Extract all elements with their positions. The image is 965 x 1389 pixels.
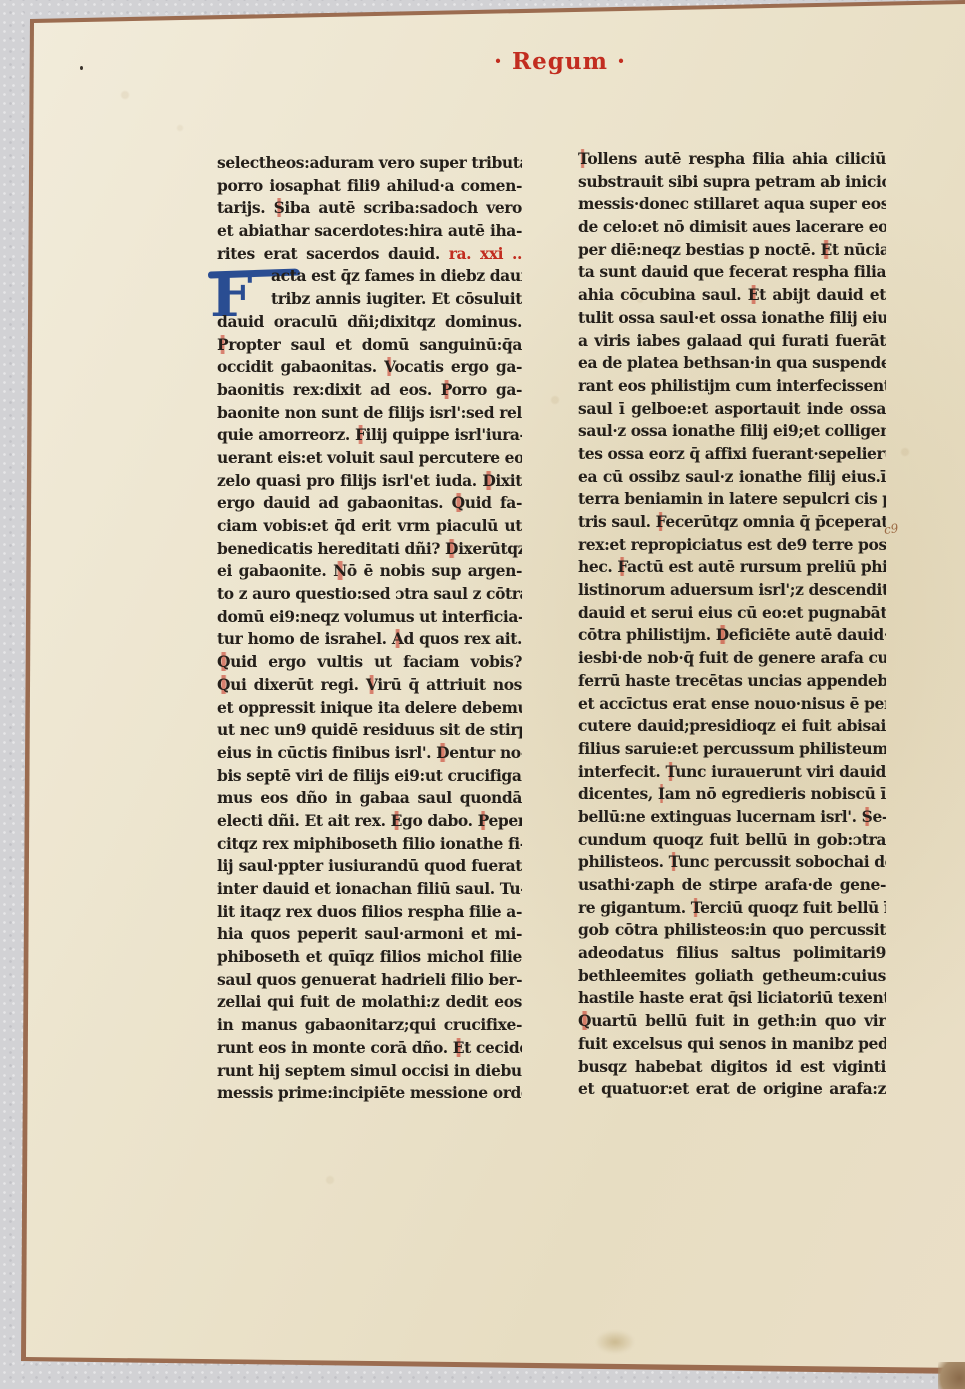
text-line: occidit gabaonitas. Vocatis ergo ga- — [217, 356, 522, 379]
text-line: fuit excelsus qui senos in manibz pedi- — [578, 1033, 886, 1056]
text-line: ea de platea bethsan·in qua suspende- — [578, 352, 886, 375]
text-line: et oppressit inique ita delere debemus: — [217, 697, 522, 720]
text-line: runt eos in monte corā dño. Et cecide- — [217, 1037, 522, 1060]
text-line: de celo:et nō dimisit aues lacerare eos — [578, 216, 886, 239]
text-line: re gigantum. Terciū quoqz fuit bellū ī — [578, 897, 886, 920]
text-line: cutere dauid;presidioqz ei fuit abisai — [578, 715, 886, 738]
text-line: iesbi·de nob·q̄ fuit de genere arafa cui… — [578, 647, 886, 670]
text-line: electi dñi. Et ait rex. Ego dabo. Peper- — [217, 810, 522, 833]
text-line: ta sunt dauid que fecerat respha filia — [578, 261, 886, 284]
text-line: lit itaqz rex duos filios respha filie a… — [217, 901, 522, 924]
corner-debris — [938, 1362, 965, 1389]
text-line: et abiathar sacerdotes:hira autē iha- — [217, 220, 522, 243]
text-line: Qui dixerūt regi. Virū q̄ attriuit nos — [217, 674, 522, 697]
text-line: ei gabaonite. Nō ē nobis sup argen- — [217, 560, 522, 583]
text-line: et quatuor:et erat de origine arafa:z — [578, 1078, 886, 1101]
text-line: listinorum aduersum isrl';z descendit — [578, 579, 886, 602]
text-line: porro iosaphat fili9 ahilud·a comen- — [217, 175, 522, 198]
ink-speck — [80, 66, 83, 70]
text-line: tris saul. Fecerūtqz omnia q̄ p̄ceperat — [578, 511, 886, 534]
text-line: a viris iabes galaad qui furati fuerāt — [578, 330, 886, 353]
text-line: acta est q̄z fames in diebz dauid — [217, 265, 522, 288]
text-line: Tollens autē respha filia ahia ciliciū — [578, 148, 886, 171]
text-line: et accīctus erat ense nouo·nisus ē per- — [578, 693, 886, 716]
text-line: to z auro questio:sed ɔtra saul z cōtra — [217, 583, 522, 606]
text-line: bethleemites goliath getheum:cuius — [578, 965, 886, 988]
marginal-annotation: c9 — [883, 521, 899, 537]
text-line: saul ī gelboe:et asportauit inde ossa — [578, 398, 886, 421]
text-line: adeodatus filius saltus polimitari9 — [578, 942, 886, 965]
text-line: gob cōtra philisteos:in quo percussit — [578, 919, 886, 942]
text-line: in manus gabaonitarz;qui crucifixe- — [217, 1014, 522, 1037]
text-line: hia quos peperit saul·armoni et mi- — [217, 923, 522, 946]
text-line: bellū:ne extinguas lucernam isrl'. Se- — [578, 806, 886, 829]
text-line: runt hij septem simul occisi in diebus — [217, 1060, 522, 1083]
text-line: ferrū haste trecētas uncias appendebat· — [578, 670, 886, 693]
text-line: ea cū ossibz saul·z ionathe filij eius.ī — [578, 466, 886, 489]
text-line: dauid et serui eius cū eo:et pugnabāt — [578, 602, 886, 625]
text-line: Propter saul et domū sanguinū:q̄a — [217, 334, 522, 357]
text-line: ahia cōcubina saul. Et abijt dauid et — [578, 284, 886, 307]
manuscript-page: · Regum · F selectheos:aduram vero super… — [0, 0, 965, 1389]
parchment-stain — [595, 1330, 635, 1354]
text-line: usathi·zaph de stirpe arafa·de gene- — [578, 874, 886, 897]
text-line: cōtra philistijm. Deficiēte autē dauid· — [578, 624, 886, 647]
text-line: Quartū bellū fuit in geth:in quo vir — [578, 1010, 886, 1033]
photograph-background: { "page": { "header": "· Regum ·", "marg… — [0, 0, 965, 1389]
text-line: saul·z ossa ionathe filij ei9;et collige… — [578, 420, 886, 443]
text-line: quie amorreorz. Filij quippe isrl'iura- — [217, 424, 522, 447]
text-line: mus eos dño in gabaa saul quondā — [217, 787, 522, 810]
text-line: uerant eis:et voluit saul percutere eos — [217, 447, 522, 470]
text-line: tes ossa eorz q̄ affixi fuerant·sepelier… — [578, 443, 886, 466]
text-line: zelo quasi pro filijs isrl'et iuda. Dixi… — [217, 470, 522, 493]
text-line: hastile haste erat q̄si liciatoriū texen… — [578, 987, 886, 1010]
running-title: · Regum · — [470, 48, 650, 75]
text-line: Quid ergo vultis ut faciam vobis? — [217, 651, 522, 674]
text-line: ciam vobis:et q̄d erit vrm piaculū ut — [217, 515, 522, 538]
text-line: phiboseth et quīqz filios michol filie — [217, 946, 522, 969]
text-column-right: Tollens autē respha filia ahia ciliciūsu… — [578, 148, 886, 1101]
text-line: citqz rex miphiboseth filio ionathe fi- — [217, 833, 522, 856]
text-line: messis prime:incipiēte messione ordei. — [217, 1082, 522, 1105]
text-line: dicentes, Iam nō egredieris nobiscū ī — [578, 783, 886, 806]
text-line: ut nec un9 quidē residuus sit de stirpe — [217, 719, 522, 742]
text-line: tarijs. Siba autē scriba:sadoch vero — [217, 197, 522, 220]
text-line: benedicatis hereditati dñi? Dixerūtqz — [217, 538, 522, 561]
text-line: ergo dauid ad gabaonitas. Quid fa- — [217, 492, 522, 515]
text-line: zellai qui fuit de molathi:z dedit eos — [217, 991, 522, 1014]
text-line: baonite non sunt de filijs isrl':sed rel… — [217, 402, 522, 425]
text-line: filius saruie:et percussum philisteum — [578, 738, 886, 761]
text-line: dauid oraculū dñi;dixitqz dominus. — [217, 311, 522, 334]
text-line: rant eos philistijm cum interfecissent — [578, 375, 886, 398]
text-line: hec. Factū est autē rursum preliū phi- — [578, 556, 886, 579]
text-line: inter dauid et ionachan filiū saul. Tu- — [217, 878, 522, 901]
text-column-left: selectheos:aduram vero super tributa:por… — [217, 152, 522, 1105]
text-line: terra beniamin in latere sepulcri cis pa… — [578, 488, 886, 511]
text-line: cundum quoqz fuit bellū in gob:ɔtra — [578, 829, 886, 852]
text-line: rites erat sacerdos dauid. ra. xxi .. — [217, 243, 522, 266]
text-line: lij saul·ppter iusiurandū quod fuerat — [217, 855, 522, 878]
text-line: eius in cūctis finibus isrl'. Dentur no- — [217, 742, 522, 765]
text-line: tribz annis iugiter. Et cōsuluit — [217, 288, 522, 311]
text-line: philisteos. Tunc percussit sobochai de — [578, 851, 886, 874]
text-line: messis·donec stillaret aqua super eos — [578, 193, 886, 216]
text-line: interfecit. Tunc iurauerunt viri dauid — [578, 761, 886, 784]
text-line: bis septē viri de filijs ei9:ut crucifig… — [217, 765, 522, 788]
text-line: rex:et repropiciatus est de9 terre post — [578, 534, 886, 557]
text-line: tur homo de israhel. Ad quos rex ait. — [217, 628, 522, 651]
text-line: tulit ossa saul·et ossa ionathe filij ei… — [578, 307, 886, 330]
text-line: busqz habebat digitos id est viginti — [578, 1056, 886, 1079]
text-line: baonitis rex:dixit ad eos. Porro ga- — [217, 379, 522, 402]
text-line: per diē:neqz bestias p noctē. Et nūcia- — [578, 239, 886, 262]
text-line: saul quos genuerat hadrieli filio ber- — [217, 969, 522, 992]
text-line: selectheos:aduram vero super tributa: — [217, 152, 522, 175]
text-line: domū ei9:neqz volumus ut interficia- — [217, 606, 522, 629]
text-line: substrauit sibi supra petram ab inicio — [578, 171, 886, 194]
